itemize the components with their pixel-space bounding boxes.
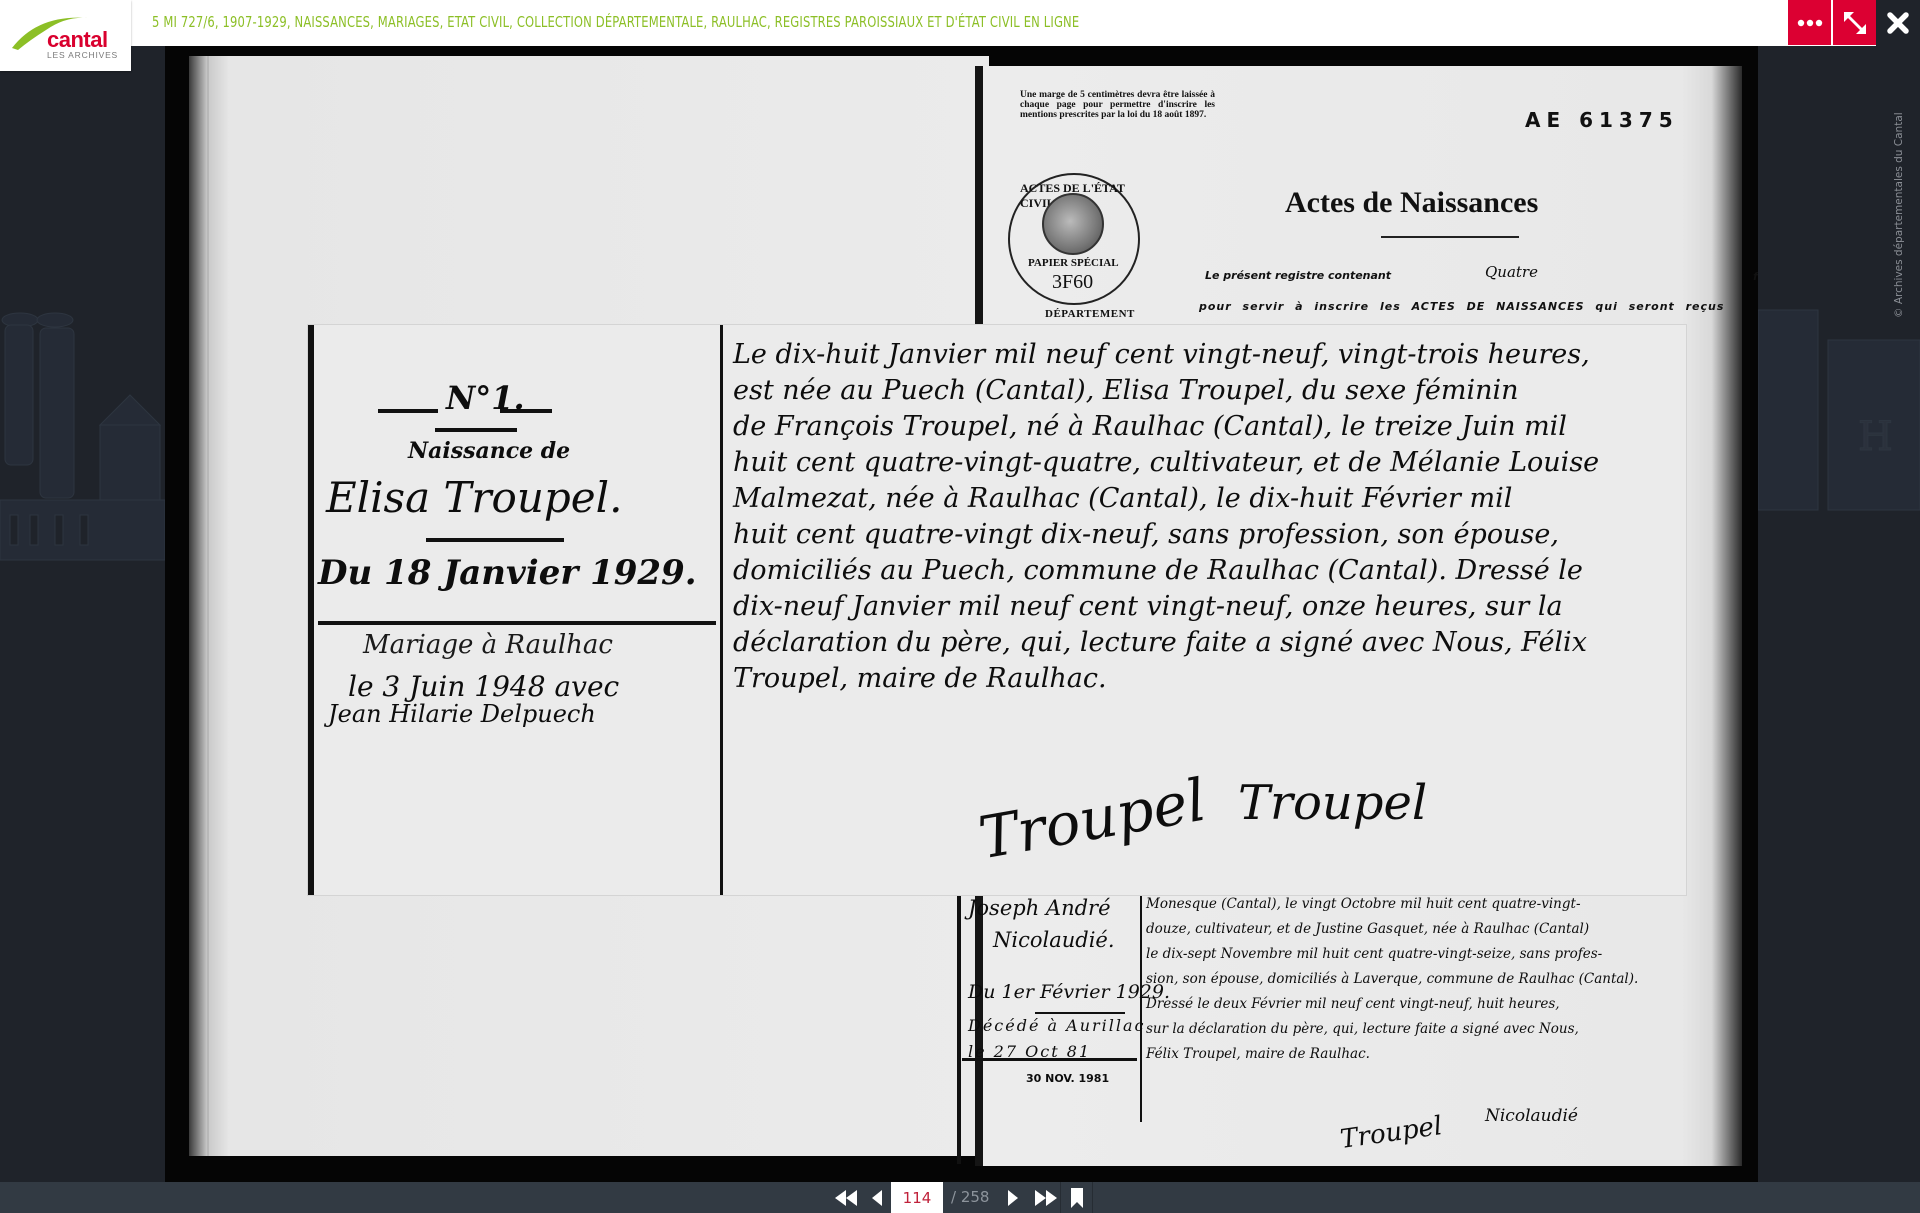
page-title: 5 MI 727/6, 1907-1929, NAISSANCES, MARIA… (152, 13, 1079, 31)
page-margin-line (207, 56, 209, 1156)
entry-text-line: Le dix-huit Janvier mil neuf cent vingt-… (733, 339, 1590, 370)
marriage-note: Mariage à Raulhac (363, 630, 613, 660)
tax-stamp: ACTES DE L'ÉTAT CIVIL PAPIER SPÉCIAL 3F6… (1008, 173, 1140, 305)
entry-rule (435, 428, 517, 432)
heading-rule (1381, 236, 1519, 238)
entry-death-note: le 27 Oct 81 (968, 1042, 1091, 1061)
entry-text-line: Malmezat, née à Raulhac (Cantal), le dix… (733, 483, 1512, 514)
entry-column-rule (308, 325, 314, 895)
register-statement-line2: pour servir à inscrire les ACTES DE NAIS… (1199, 300, 1724, 313)
entry-type: Naissance de (408, 438, 570, 464)
declarant-signature: Troupel (1238, 775, 1427, 831)
document-image[interactable]: Une marge de 5 centimètres devra être la… (165, 46, 1758, 1182)
last-page-button[interactable] (1030, 1182, 1062, 1213)
svg-text:H: H (1858, 414, 1893, 460)
fullscreen-button[interactable] (1833, 0, 1876, 45)
chevron-left-icon (871, 1189, 883, 1207)
cantal-archives-logo[interactable]: cantal LES ARCHIVES (0, 0, 131, 71)
entry-text-line: déclaration du père, qui, lecture faite … (733, 627, 1587, 658)
double-chevron-left-icon (834, 1189, 858, 1207)
chevron-right-icon (1007, 1189, 1019, 1207)
entry-date-stamp: 30 NOV. 1981 (1026, 1072, 1109, 1085)
entry-text-line: douze, cultivateur, et de Justine Gasque… (1146, 921, 1589, 937)
stamp-department: DÉPARTEMENT (1045, 308, 1135, 320)
entry-date: Du 1er Février 1929. (968, 981, 1170, 1003)
background-illustration: H (1758, 300, 1920, 530)
declarant-signature: Nicolaudié (1485, 1106, 1578, 1126)
more-options-button[interactable] (1788, 0, 1831, 45)
entry-column-rule (957, 894, 961, 1164)
close-button[interactable] (1876, 0, 1920, 46)
bookmark-icon (1071, 1188, 1083, 1208)
entry-text-line: Troupel, maire de Raulhac. (733, 663, 1107, 694)
entry-rule (426, 538, 564, 542)
entry-rule (318, 621, 716, 625)
stamp-paper-label: PAPIER SPÉCIAL (1028, 257, 1119, 269)
stamp-price: 3F60 (1052, 271, 1093, 294)
entry-text-line: de François Troupel, né à Raulhac (Canta… (733, 411, 1567, 442)
previous-page-button[interactable] (866, 1182, 888, 1213)
entry-text-line: le dix-sept Novembre mil huit cent quatr… (1146, 946, 1602, 962)
entry-date: Du 18 Janvier 1929. (318, 553, 697, 593)
double-chevron-right-icon (1034, 1189, 1058, 1207)
background-illustration (0, 300, 165, 570)
register-heading: Actes de Naissances (1285, 186, 1538, 220)
expand-arrows-icon (1842, 10, 1868, 36)
toolbar-divider (1060, 1182, 1061, 1213)
entry-text-line: dix-neuf Janvier mil neuf cent vingt-neu… (733, 591, 1563, 622)
entry-text-line: domiciliés au Puech, commune de Raulhac … (733, 555, 1583, 586)
entry-text-line: Félix Troupel, maire de Raulhac. (1146, 1046, 1370, 1062)
archive-viewer: H 5 MI 727/6, 1907-1929, NAISSANCES, MAR… (0, 0, 1920, 1213)
logo-subtitle: LES ARCHIVES (47, 50, 118, 60)
entry-surname: Nicolaudié. (993, 928, 1115, 952)
entry-text-line: huit cent quatre-vingt dix-neuf, sans pr… (733, 519, 1559, 550)
register-count: Quatre (1485, 263, 1538, 281)
entry-divider (1140, 894, 1142, 1122)
entry-text-line: est née au Puech (Cantal), Elisa Troupel… (733, 375, 1519, 406)
entry-rule (378, 409, 438, 413)
magnifier-lens[interactable]: N°1. Naissance de Elisa Troupel. Du 18 J… (308, 325, 1686, 895)
entry-text-line: huit cent quatre-vingt-quatre, cultivate… (733, 447, 1599, 478)
mayor-signature: Troupel (974, 766, 1211, 873)
register-statement: Le présent registre contenant (1205, 269, 1391, 282)
marriage-note: le 3 Juin 1948 avec (348, 670, 619, 703)
entry-rule (1035, 1012, 1125, 1014)
register-statement-end: feuillets (1753, 270, 1758, 283)
close-icon (1887, 12, 1909, 34)
toolbar-divider (1092, 1182, 1093, 1213)
entry-text-line: Dressé le deux Février mil neuf cent vin… (1146, 996, 1560, 1012)
bookmark-button[interactable] (1065, 1182, 1089, 1213)
entry-text-line: Monesque (Cantal), le vingt Octobre mil … (1146, 896, 1581, 912)
entry-divider (720, 325, 723, 895)
entry-number: N°1. (446, 379, 525, 417)
total-pages: / 258 (951, 1188, 989, 1206)
pagination-toolbar: / 258 (0, 1182, 1920, 1213)
marianne-portrait-icon (1042, 193, 1104, 255)
first-page-button[interactable] (830, 1182, 862, 1213)
entry-name: Elisa Troupel. (326, 473, 622, 522)
entry-text-line: sion, son épouse, domiciliés à Laverque,… (1146, 971, 1638, 987)
next-page-button[interactable] (1001, 1182, 1025, 1213)
page-number-input[interactable] (891, 1182, 943, 1213)
ellipsis-icon (1797, 19, 1823, 27)
register-serial: AE 61375 (1525, 108, 1679, 132)
header-bar: 5 MI 727/6, 1907-1929, NAISSANCES, MARIA… (0, 0, 1920, 46)
marriage-note: Jean Hilarie Delpuech (328, 700, 596, 728)
entry-death-note: Décédé à Aurillac (968, 1016, 1146, 1035)
printed-margin-note: Une marge de 5 centimètres devra être la… (1020, 90, 1215, 120)
entry-name: Joseph André (968, 896, 1111, 920)
copyright-notice: © Archives départementales du Cantal (1893, 112, 1905, 318)
entry-text-line: sur la déclaration du père, qui, lecture… (1146, 1021, 1579, 1037)
